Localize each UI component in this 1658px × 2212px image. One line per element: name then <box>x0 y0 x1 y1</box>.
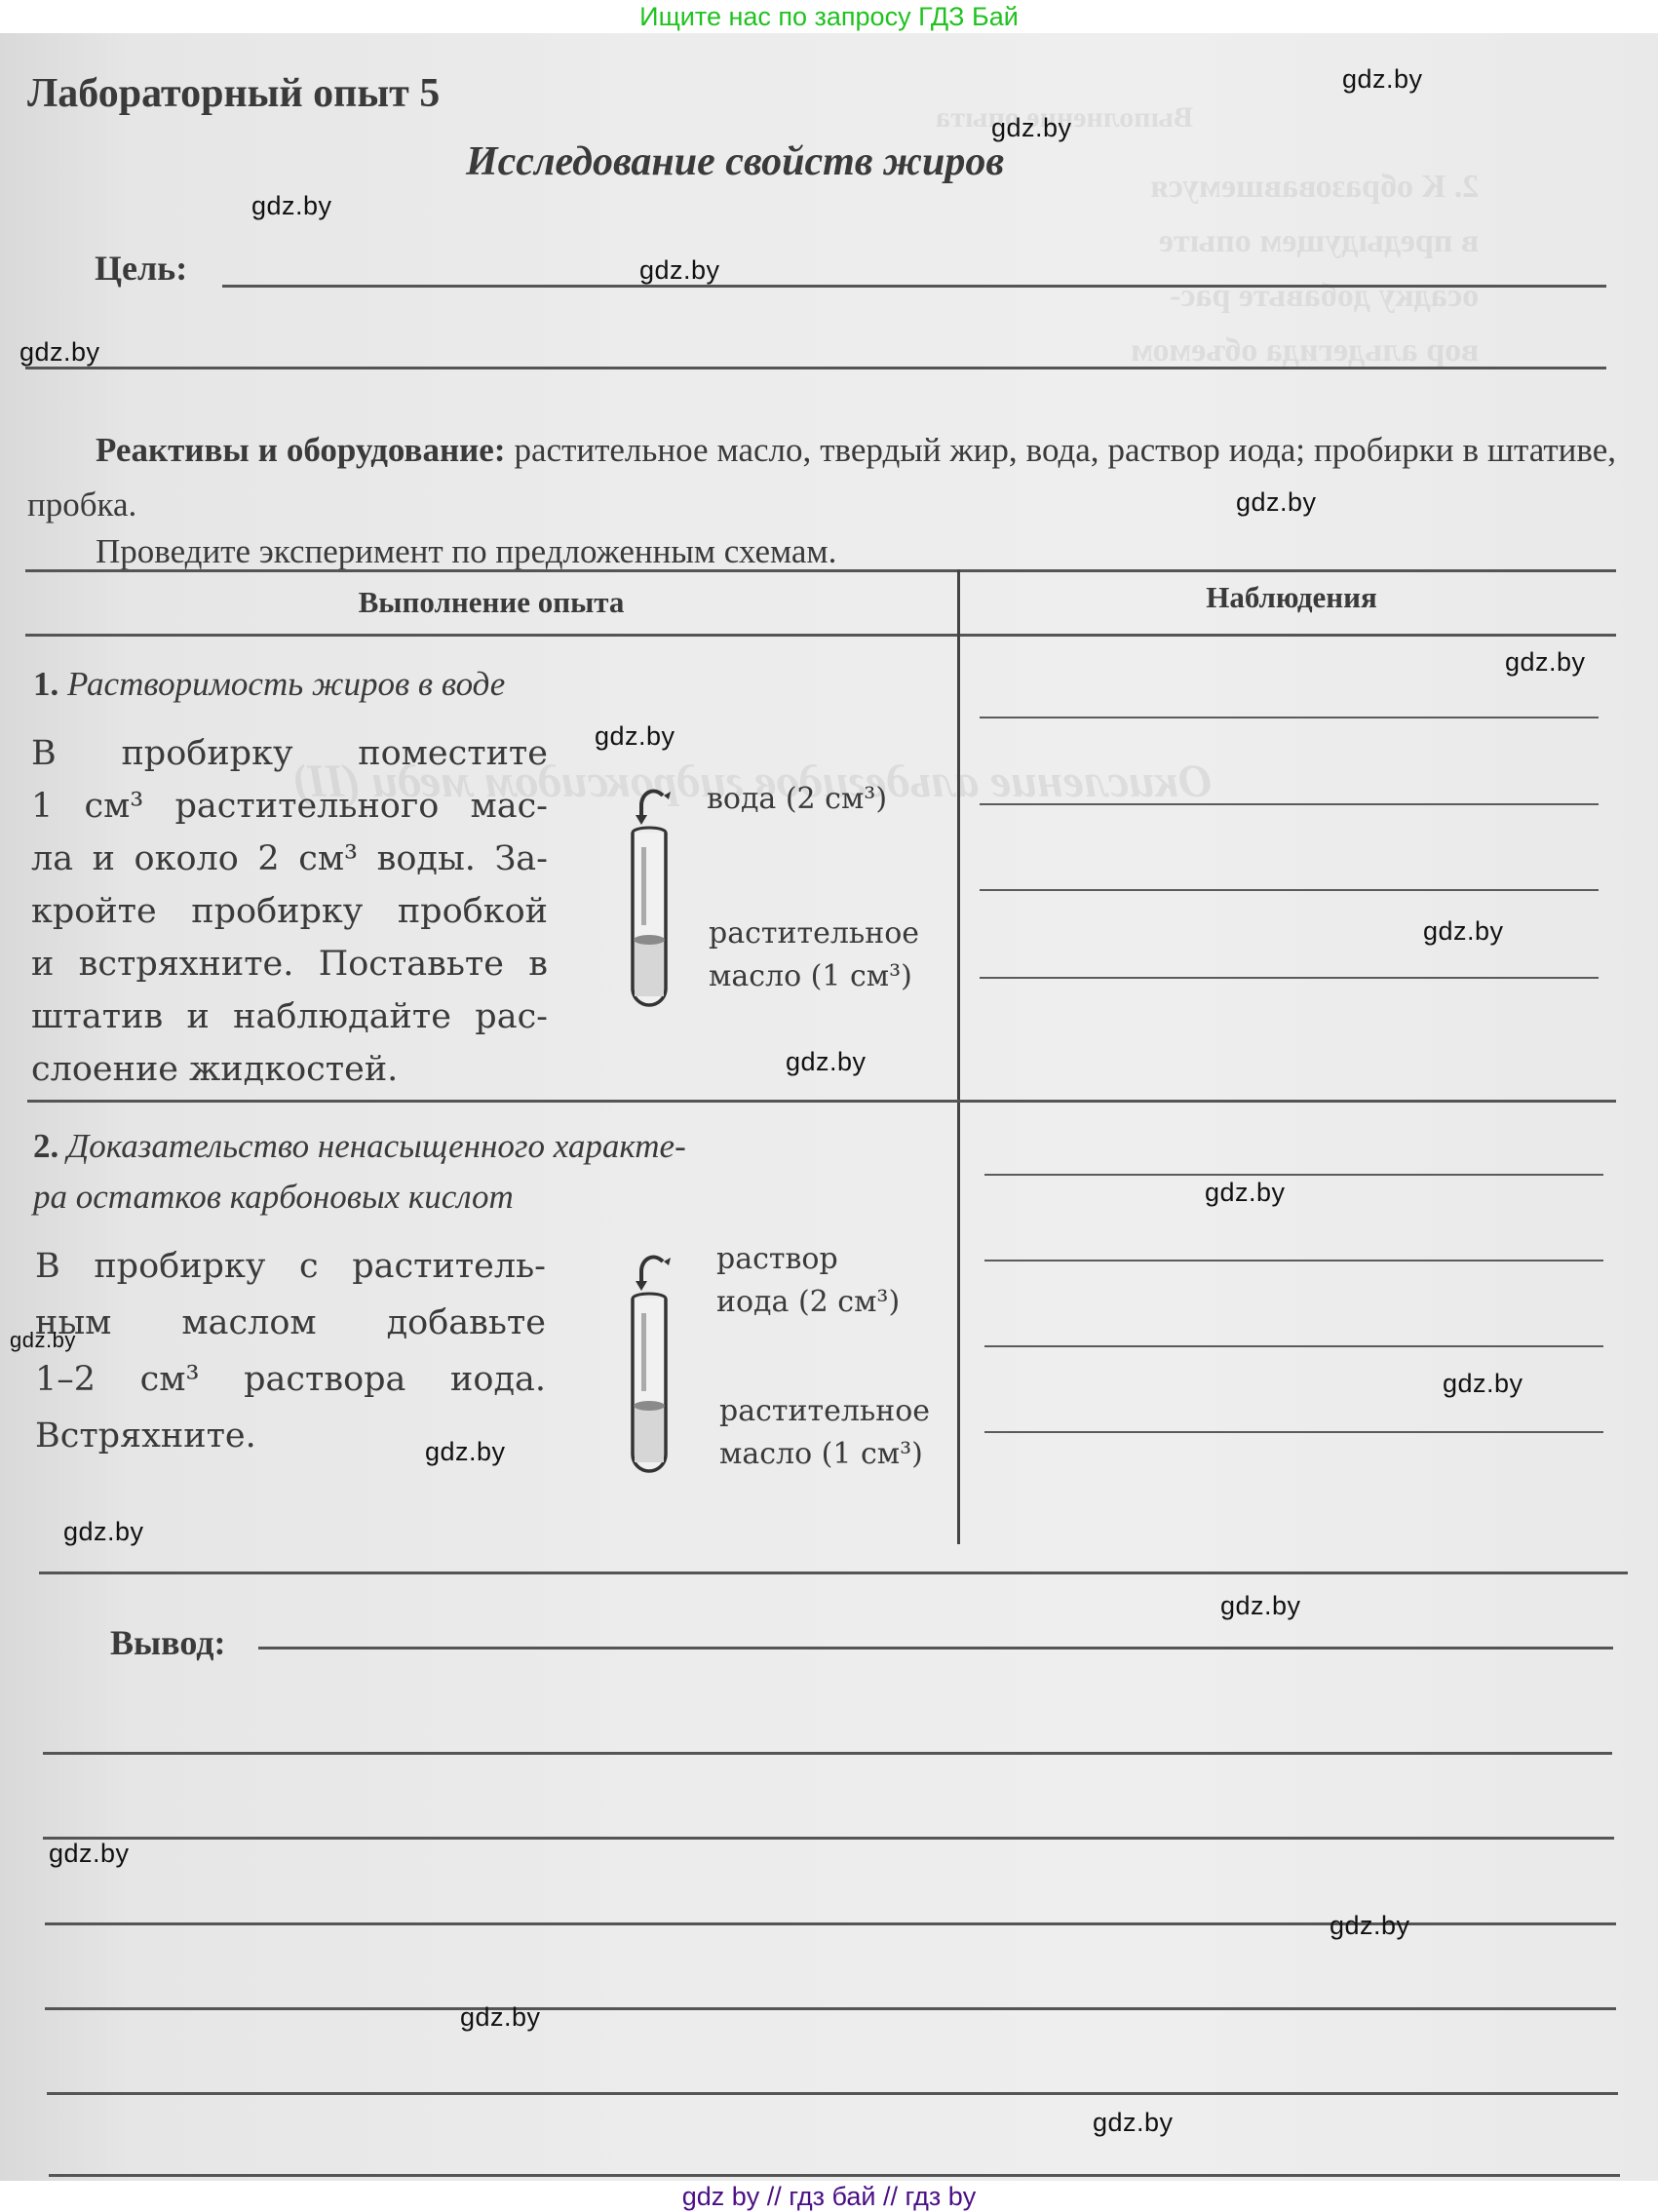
diagram-2-bottom-label-1: растительное <box>719 1390 930 1433</box>
conclusion-answer-line[interactable] <box>47 2092 1618 2095</box>
bottom-banner: gdz by // гдз бай // гдз by <box>0 2181 1658 2212</box>
text-line: 1 см³ растительного мас- <box>31 780 548 833</box>
table-column-divider <box>957 569 960 1544</box>
lab-title: Лабораторный опыт 5 <box>27 70 440 117</box>
step-1-heading: Растворимость жиров в воде <box>67 665 505 703</box>
observation-line[interactable] <box>980 977 1599 979</box>
observation-line[interactable] <box>984 1260 1603 1261</box>
watermark: gdz.by <box>1342 64 1423 95</box>
step-2-heading-line-2: ра остатков карбоновых кислот <box>33 1178 514 1216</box>
reagents-paragraph: Реактивы и оборудование: растительное ма… <box>27 423 1616 532</box>
watermark: gdz.by <box>991 113 1072 143</box>
text-line: кройте пробирку пробкой <box>31 885 548 938</box>
text-line: штатив и наблюдайте рас- <box>31 990 548 1043</box>
watermark: gdz.by <box>460 2002 541 2033</box>
conclusion-answer-line[interactable] <box>49 2174 1620 2177</box>
text-line: В пробирку с раститель- <box>35 1238 546 1295</box>
text-line: ным маслом добавьте <box>35 1295 546 1351</box>
observation-line[interactable] <box>984 1431 1603 1433</box>
diagram-1-bottom-label-1: растительное <box>709 912 919 955</box>
watermark: gdz.by <box>49 1839 130 1869</box>
goal-label: Цель: <box>95 248 187 289</box>
diagram-2-top-label-1: раствор <box>716 1238 838 1281</box>
conclusion-label: Вывод: <box>110 1622 225 1663</box>
text-line: ла и около 2 см³ воды. За- <box>31 833 548 885</box>
watermark: gdz.by <box>10 1328 76 1353</box>
watermark: gdz.by <box>786 1047 867 1077</box>
watermark: gdz.by <box>251 191 332 221</box>
test-tube-iodine-oil-diagram <box>624 1250 702 1484</box>
table-row-divider <box>27 1100 1616 1103</box>
top-banner: Ищите нас по запросу ГДЗ Бай <box>0 0 1658 33</box>
watermark: gdz.by <box>1236 487 1317 518</box>
diagram-2-top-label-2: иода (2 см³) <box>716 1281 900 1324</box>
table-top-border <box>25 569 1616 572</box>
watermark: gdz.by <box>1205 1178 1286 1208</box>
watermark: gdz.by <box>1093 2108 1174 2138</box>
text-line: и встряхните. Поставьте в <box>31 938 548 990</box>
step-2-heading-line-1: Доказательство ненасыщенного характе- <box>67 1127 686 1165</box>
text-line: 1–2 см³ раствора иода. <box>35 1351 546 1408</box>
observation-line[interactable] <box>984 1345 1603 1347</box>
step-2-text: В пробирку с раститель- ным маслом добав… <box>35 1238 546 1464</box>
step-2-title: 2. Доказательство ненасыщенного характе-… <box>33 1121 686 1222</box>
step-1-number: 1. <box>33 665 58 703</box>
watermark: gdz.by <box>19 337 100 368</box>
watermark: gdz.by <box>1220 1591 1301 1621</box>
bleed-through-text: 2. К образовавшемусяв предыдущем опытеос… <box>1131 160 1479 378</box>
watermark: gdz.by <box>1330 1911 1410 1941</box>
text-line: слоение жидкостей. <box>31 1043 548 1096</box>
watermark: gdz.by <box>595 721 675 752</box>
observation-line[interactable] <box>984 1174 1603 1176</box>
watermark: gdz.by <box>1443 1369 1523 1399</box>
step-1-title: 1. Растворимость жиров в воде <box>33 665 505 704</box>
watermark: gdz.by <box>1423 916 1504 947</box>
conclusion-answer-line[interactable] <box>45 2007 1616 2010</box>
diagram-1-top-label: вода (2 см³) <box>707 778 887 821</box>
reagents-label: Реактивы и оборудование: <box>96 431 505 469</box>
test-tube-water-oil-diagram <box>624 784 702 1018</box>
table-header-bottom-border <box>25 634 1616 637</box>
conclusion-answer-line[interactable] <box>43 1752 1612 1755</box>
step-2-number: 2. <box>33 1127 58 1165</box>
diagram-1-bottom-label-2: масло (1 см³) <box>709 955 912 998</box>
goal-answer-line-1[interactable] <box>222 285 1606 288</box>
lab-subtitle: Исследование свойств жиров <box>466 138 1004 185</box>
diagram-2-bottom-label-2: масло (1 см³) <box>719 1433 923 1476</box>
column-header-observations: Наблюдения <box>960 580 1623 615</box>
column-header-procedure: Выполнение опыта <box>25 585 957 620</box>
instruction-text: Проведите эксперимент по предложенным сх… <box>96 532 836 571</box>
observation-line[interactable] <box>980 717 1599 718</box>
observation-line[interactable] <box>980 803 1599 805</box>
conclusion-answer-line[interactable] <box>258 1647 1613 1649</box>
watermark: gdz.by <box>63 1517 144 1547</box>
watermark: gdz.by <box>639 255 720 286</box>
conclusion-answer-line[interactable] <box>43 1837 1614 1840</box>
watermark: gdz.by <box>1505 647 1586 678</box>
watermark: gdz.by <box>425 1437 506 1467</box>
table-bottom-border <box>39 1572 1628 1574</box>
observation-line[interactable] <box>980 889 1599 891</box>
pour-arrow-icon <box>641 1257 663 1285</box>
goal-answer-line-2[interactable] <box>25 367 1606 369</box>
pour-arrow-icon <box>641 791 663 819</box>
step-1-text: В пробирку поместите 1 см³ растительного… <box>31 727 548 1096</box>
workbook-page: Выполнение опыта 2. К образовавшемусяв п… <box>0 33 1658 2181</box>
text-line: В пробирку поместите <box>31 727 548 780</box>
